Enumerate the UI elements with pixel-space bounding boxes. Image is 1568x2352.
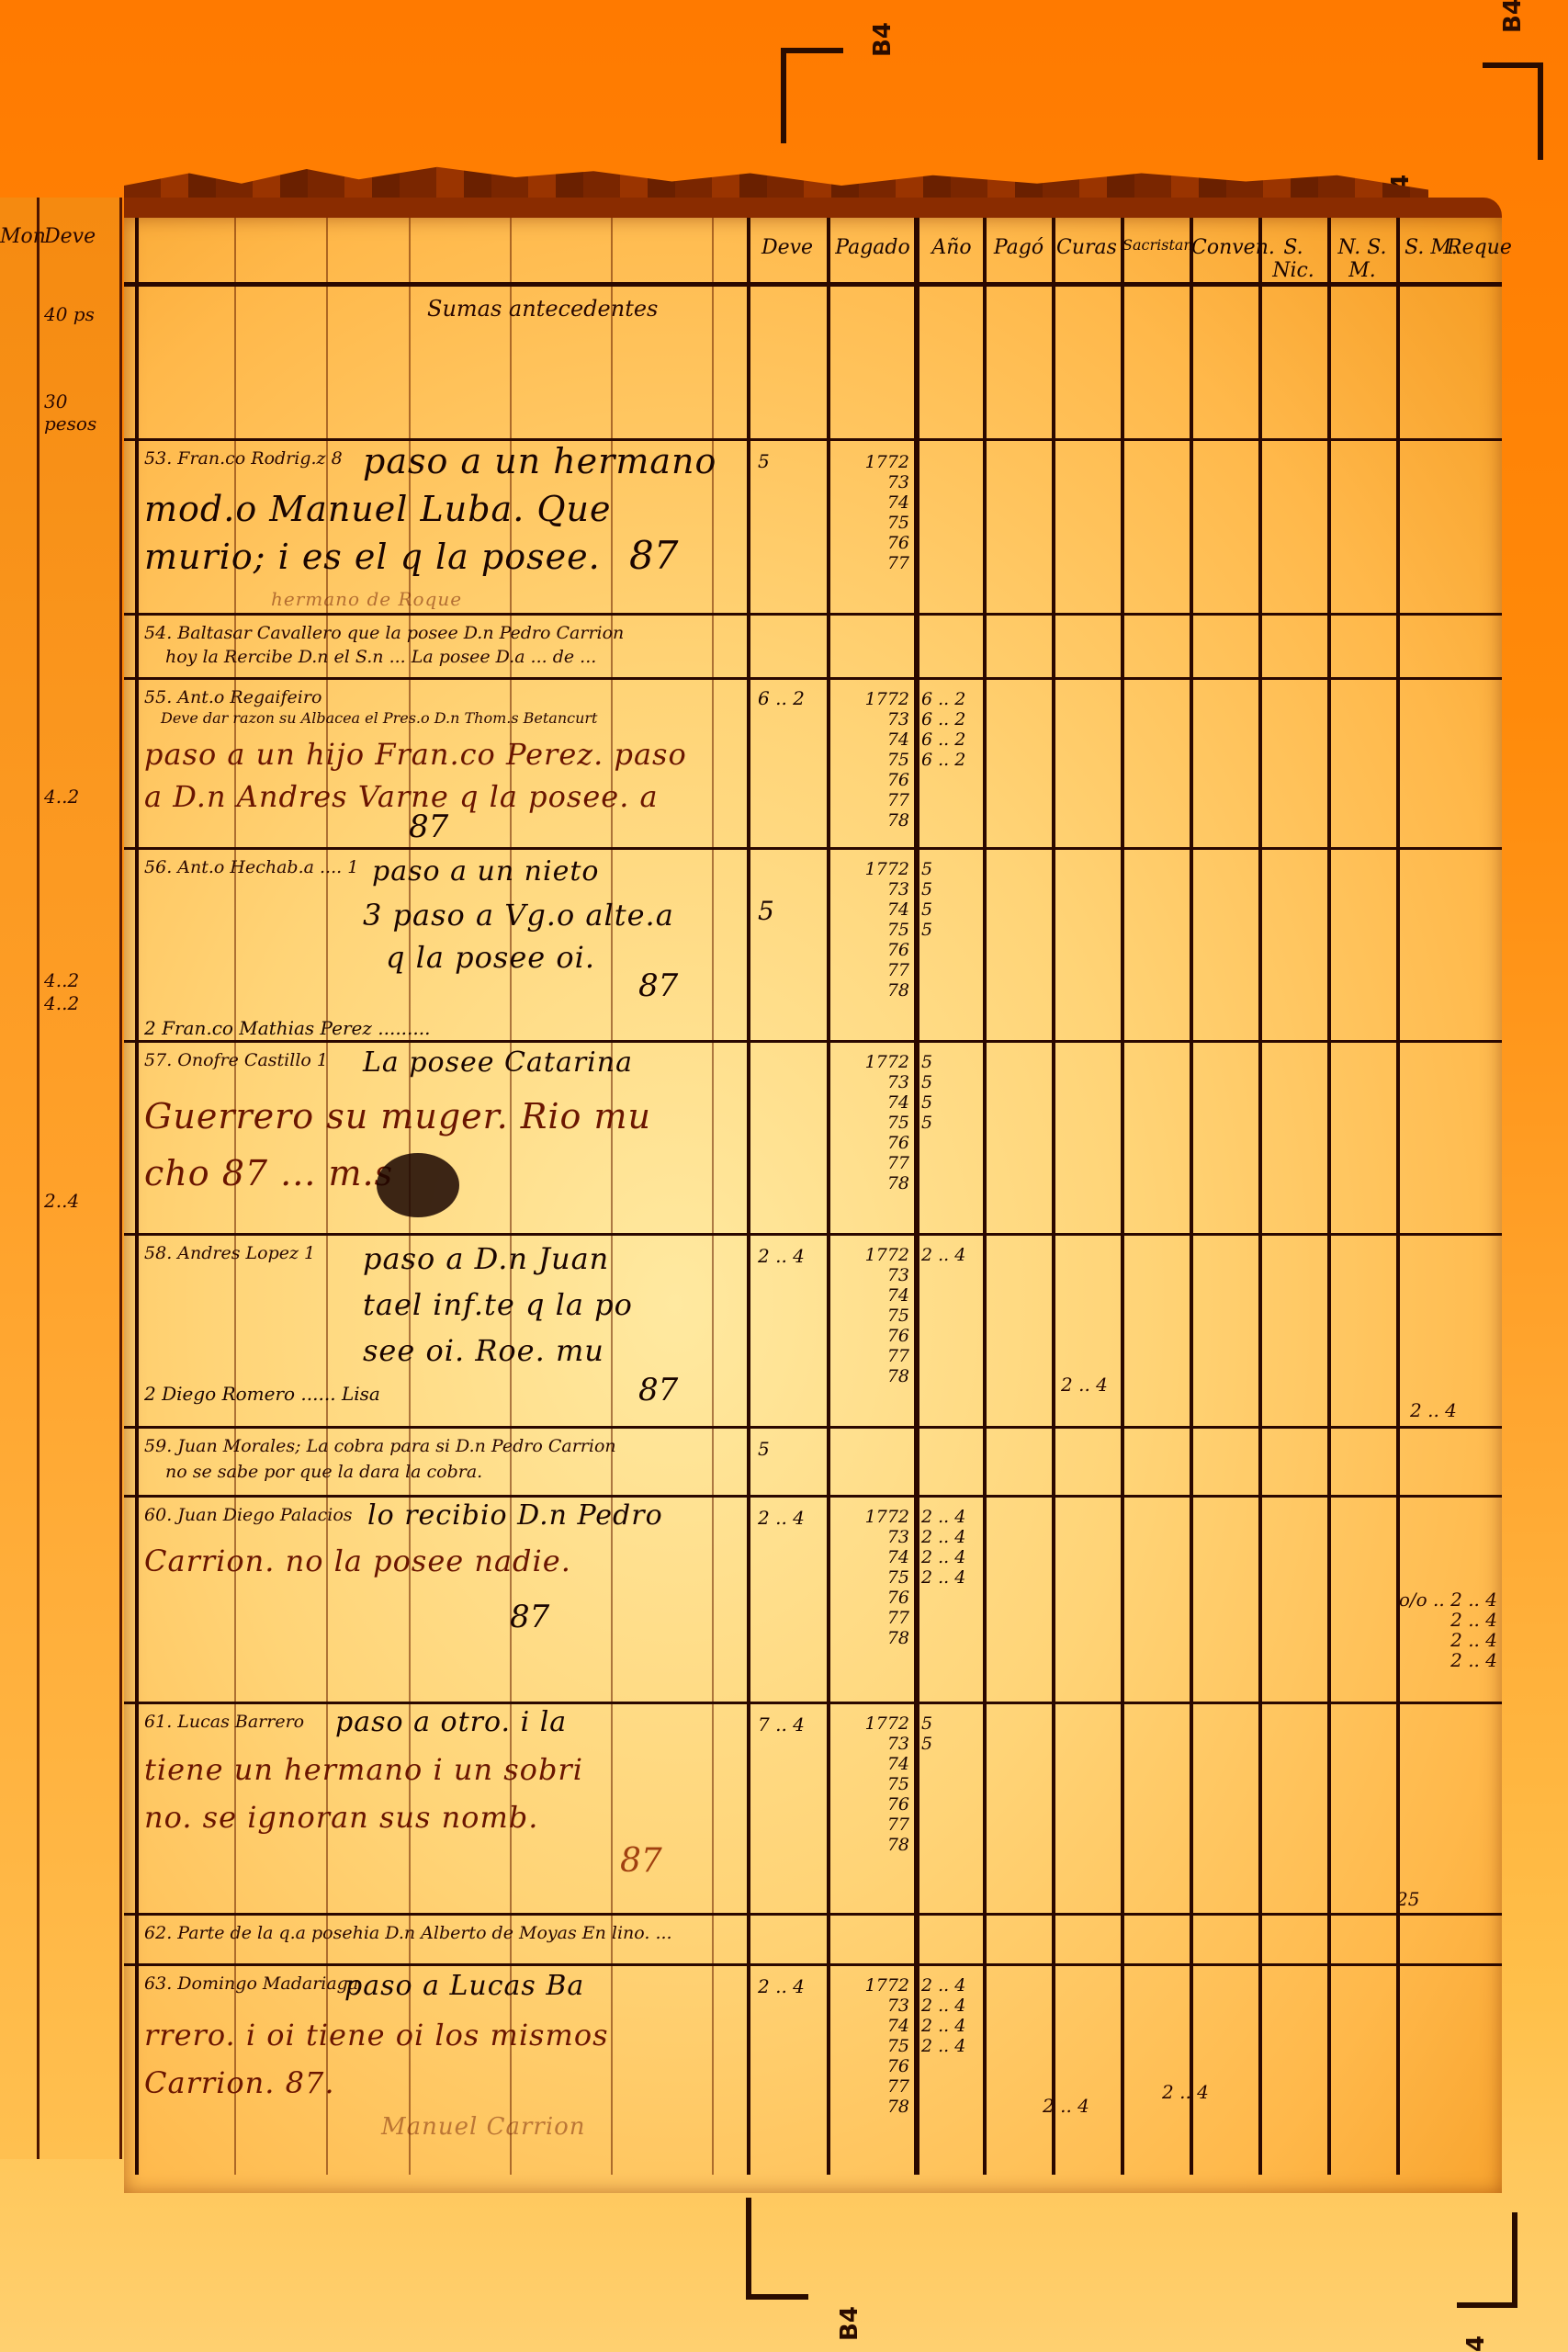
- entry-note-line: no. se ignoran sus nomb.: [144, 1800, 538, 1835]
- entry-years: 1772737475767778: [831, 859, 909, 1001]
- entry-deve: 5: [758, 1438, 770, 1460]
- entry-note-line: tael inf.te q la po: [363, 1287, 633, 1322]
- entry-years: 1772737475767778: [831, 1245, 909, 1386]
- adjacent-page-strip: Mon Deve 40 ps 30 pesos 4..2 4..2 4..2 2…: [0, 198, 122, 2159]
- entry-years: 17727374757677: [831, 452, 909, 573]
- torn-page-edge: [124, 161, 1428, 202]
- entry-deve: 2 .. 4: [758, 1245, 805, 1267]
- ledger-entry-56: 56. Ant.o Hechab.a .... 1 paso a un niet…: [124, 847, 1502, 1043]
- right-amount: 25: [1396, 1888, 1419, 1910]
- entry-deve: 6 .. 2: [758, 687, 805, 709]
- entry-deve: 5: [758, 450, 770, 472]
- ledger-entry-58: 58. Andres Lopez 1 paso a D.n Juan tael …: [124, 1233, 1502, 1429]
- entry-note-line: q la posee oi.: [386, 940, 595, 975]
- ledger-page: Deve Pagado Año Pagó Curas Sacristan Con…: [124, 198, 1502, 2193]
- header-deve: Deve: [750, 236, 824, 259]
- ledger-entry-59: 59. Juan Morales; La cobra para si D.n P…: [124, 1426, 1502, 1498]
- ledger-entry-63: 63. Domingo Madariaga paso a Lucas Ba rr…: [124, 1963, 1502, 2177]
- crop-mark-bottom-right: [1457, 2212, 1517, 2308]
- header-snic: S. Nic.: [1260, 236, 1326, 282]
- header-sacristan: Sacristan: [1122, 236, 1189, 254]
- crop-mark-top-left: [781, 48, 843, 143]
- entry-note-line: murio; i es el q la posee.: [144, 537, 601, 577]
- entry-sub-note: Deve dar razon su Albacea el Pres.o D.n …: [161, 709, 597, 727]
- entry-note-line: La posee Catarina: [363, 1046, 633, 1079]
- ledger-entry-60: 60. Juan Diego Palacios lo recibio D.n P…: [124, 1495, 1502, 1704]
- right-amount: 2 .. 4: [1162, 2081, 1209, 2103]
- entry-deve: 5: [758, 896, 774, 926]
- carried-forward-label: Sumas antecedentes: [427, 296, 658, 322]
- ledger-entry-57: 57. Onofre Castillo 1 La posee Catarina …: [124, 1040, 1502, 1236]
- entry-faded-line: Manuel Carrion: [381, 2113, 586, 2141]
- entry-faded-line: hermano de Roque: [271, 588, 462, 610]
- entry-heading: 60. Juan Diego Palacios: [144, 1505, 353, 1525]
- right-amount: 2 .. 4: [1410, 1399, 1457, 1421]
- entry-deve: 2 .. 4: [758, 1975, 805, 1997]
- entry-heading: 54. Baltasar Cavallero que la posee D.n …: [144, 623, 624, 643]
- header-conven: Conven.: [1191, 236, 1258, 259]
- entry-heading: 57. Onofre Castillo 1: [144, 1050, 328, 1070]
- entry-tally: 87: [510, 1599, 549, 1635]
- entry-tally: 87: [638, 1372, 678, 1408]
- entry-heading: 62. Parte de la q.a posehia D.n Alberto …: [144, 1923, 672, 1943]
- header-ano: Año: [919, 236, 984, 259]
- entry-paid: 5555: [921, 859, 1004, 940]
- entry-heading: 61. Lucas Barrero: [144, 1712, 304, 1732]
- header-curas: Curas: [1054, 236, 1120, 259]
- entry-tally: 87: [638, 967, 678, 1004]
- crop-label-top-left: B4: [869, 22, 897, 57]
- right-amount: 2 .. 4: [1061, 1374, 1108, 1396]
- entry-paid: 6 .. 26 .. 26 .. 26 .. 2: [921, 689, 1004, 770]
- entry-deve: 7 .. 4: [758, 1713, 805, 1736]
- entry-note-line: tiene un hermano i un sobri: [144, 1752, 583, 1787]
- entry-tally: 87: [629, 533, 678, 578]
- entry-tally: 87: [620, 1842, 662, 1880]
- sub-entry: 2 Diego Romero ...... Lisa: [144, 1383, 380, 1405]
- ink-blot: [377, 1153, 459, 1217]
- ledger-entry-53: 53. Fran.co Rodrig.z 8 paso a un hermano…: [124, 438, 1502, 616]
- strip-value: 4..2: [44, 969, 79, 991]
- ledger-entry-55: 55. Ant.o Regaifeiro Deve dar razon su A…: [124, 677, 1502, 850]
- entry-years: 1772737475767778: [831, 1713, 909, 1855]
- entry-deve: 2 .. 4: [758, 1507, 805, 1529]
- strip-column-rule: [37, 198, 39, 2159]
- header-nsm: N. S. M.: [1329, 236, 1395, 282]
- entry-note-line: lo recibio D.n Pedro: [367, 1499, 663, 1532]
- strip-value: 30 pesos: [44, 390, 119, 435]
- crop-label-top-right: B4: [1499, 0, 1527, 33]
- entry-note-line: Carrion. no la posee nadie.: [144, 1543, 571, 1578]
- entry-note-line: mod.o Manuel Luba. Que: [144, 489, 611, 529]
- entry-years: 1772737475767778: [831, 1975, 909, 2117]
- entry-heading: 56. Ant.o Hechab.a .... 1: [144, 857, 358, 877]
- entry-paid: 2 .. 42 .. 42 .. 42 .. 4: [921, 1507, 1004, 1588]
- entry-paid: 55: [921, 1713, 1004, 1754]
- entry-note-line: no se sabe por que la dara la cobra.: [165, 1462, 482, 1482]
- crop-label-bottom-left: B4: [836, 2306, 863, 2341]
- right-amounts: o/o .. 2 .. 42 .. 42 .. 42 .. 4: [1346, 1589, 1497, 1670]
- entry-heading: 55. Ant.o Regaifeiro: [144, 687, 321, 707]
- crop-mark-bottom-left: [746, 2198, 808, 2300]
- entry-paid: 2 .. 4: [921, 1245, 1004, 1265]
- entry-note-line: 3 paso a Vg.o alte.a: [363, 898, 674, 933]
- entry-heading: 59. Juan Morales; La cobra para si D.n P…: [144, 1436, 616, 1456]
- ledger-entry-61: 61. Lucas Barrero paso a otro. i la tien…: [124, 1702, 1502, 1916]
- entry-paid: 5555: [921, 1052, 1004, 1133]
- entry-note-line: paso a otro. i la: [335, 1706, 567, 1738]
- entry-note-line: paso a un hermano: [363, 441, 716, 481]
- entry-note-line: see oi. Roe. mu: [363, 1333, 604, 1368]
- entry-note-line: rrero. i oi tiene oi los mismos: [144, 2018, 609, 2052]
- column-header-row: Deve Pagado Año Pagó Curas Sacristan Con…: [124, 236, 1502, 287]
- crop-label-bottom-right: 4: [1462, 2335, 1490, 2352]
- entry-note-line: a D.n Andres Varne q la posee. a: [144, 779, 659, 814]
- strip-value: 2..4: [44, 1190, 79, 1212]
- entry-years: 1772737475767778: [831, 1507, 909, 1648]
- strip-header-mon: Mon: [0, 225, 46, 248]
- strip-value: 40 ps: [44, 303, 95, 325]
- entry-tally: 87: [409, 808, 448, 845]
- header-pagado: Pagado: [831, 236, 914, 259]
- entry-years: 1772737475767778: [831, 689, 909, 831]
- entry-heading: 58. Andres Lopez 1: [144, 1243, 315, 1263]
- entry-note-line: paso a un hijo Fran.co Perez. paso: [144, 737, 687, 772]
- strip-header-deve: Deve: [44, 225, 96, 248]
- entry-note-line: cho 87 ... m.s: [144, 1153, 393, 1193]
- entry-years: 1772737475767778: [831, 1052, 909, 1193]
- ledger-entry-54: 54. Baltasar Cavallero que la posee D.n …: [124, 613, 1502, 680]
- strip-value: 4..2: [44, 786, 79, 808]
- crop-mark-top-right: [1483, 62, 1543, 160]
- entry-note-line: paso a D.n Juan: [363, 1241, 609, 1276]
- header-pago: Pagó: [986, 236, 1052, 259]
- strip-value: 4..2: [44, 992, 79, 1014]
- entry-note-line: paso a Lucas Ba: [344, 1970, 584, 2002]
- entry-note-line: Carrion. 87.: [144, 2065, 335, 2100]
- ledger-entry-62: 62. Parte de la q.a posehia D.n Alberto …: [124, 1913, 1502, 1966]
- entry-paid: 2 .. 42 .. 42 .. 42 .. 4: [921, 1975, 1004, 2056]
- right-amount: 2 .. 4: [1043, 2095, 1089, 2117]
- header-reque: Reque: [1447, 236, 1502, 259]
- entry-note-line: hoy la Rercibe D.n el S.n ... La posee D…: [165, 647, 596, 667]
- entry-note-line: Guerrero su muger. Rio mu: [144, 1096, 651, 1136]
- entry-heading: 63. Domingo Madariaga: [144, 1973, 358, 1994]
- entry-note-line: paso a un nieto: [372, 855, 599, 888]
- entry-heading: 53. Fran.co Rodrig.z 8: [144, 448, 343, 469]
- sub-entry: 2 Fran.co Mathias Perez .........: [144, 1017, 430, 1039]
